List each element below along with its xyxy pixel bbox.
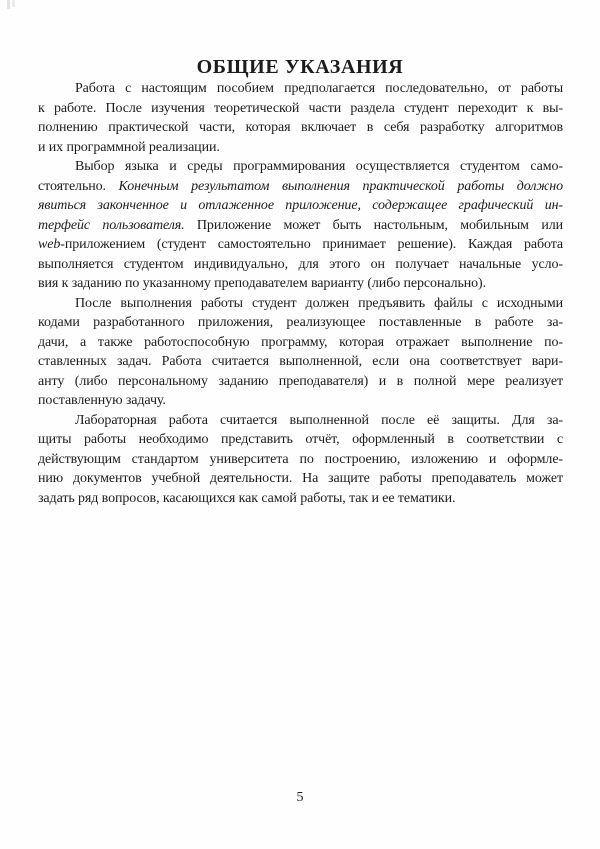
text-segment: Приложение может быть настольным, мобиль… xyxy=(185,218,563,233)
text-line: нию документов учебной деятельности. На … xyxy=(38,469,563,489)
text-line: поставленную задачу. xyxy=(38,391,563,411)
text-segment: Лабораторная работа считается выполненно… xyxy=(75,413,563,428)
text-segment: к работе. После изучения теоретической ч… xyxy=(38,101,563,116)
text-segment: задать ряд вопросов, касающихся как само… xyxy=(38,491,455,506)
scan-artifact-mark xyxy=(12,0,15,7)
page-number: 5 xyxy=(0,789,600,806)
text-segment: кодами разработанного приложения, реализ… xyxy=(38,315,563,330)
text-line: После выполнения работы студент должен п… xyxy=(38,294,563,314)
text-line: web-приложением (студент самостоятельно … xyxy=(38,235,563,255)
text-line: дачи, а также работоспособную программу,… xyxy=(38,333,563,353)
paragraph: Лабораторная работа считается выполненно… xyxy=(38,411,563,509)
text-segment: стоятельно. xyxy=(38,179,119,194)
text-line: Выбор языка и среды программирования осу… xyxy=(38,157,563,177)
text-line: Лабораторная работа считается выполненно… xyxy=(38,411,563,431)
paragraph: Выбор языка и среды программирования осу… xyxy=(38,157,563,294)
scan-artifact xyxy=(0,0,24,20)
text-segment: анту (либо персональному заданию препода… xyxy=(38,374,563,389)
text-line: вия к заданию по указанному преподавател… xyxy=(38,274,563,294)
text-line: к работе. После изучения теоретической ч… xyxy=(38,99,563,119)
document-body: Работа с настоящим пособием предполагает… xyxy=(38,79,563,508)
text-segment: и их программной реализации. xyxy=(38,140,220,155)
text-segment: нию документов учебной деятельности. На … xyxy=(38,471,563,486)
text-line: щиты работы необходимо представить отчёт… xyxy=(38,430,563,450)
text-line: терфейс пользователя. Приложение может б… xyxy=(38,216,563,236)
text-segment: поставленную задачу. xyxy=(38,393,166,408)
text-segment: -приложением (студент самостоятельно при… xyxy=(60,237,563,252)
text-segment: вия к заданию по указанному преподавател… xyxy=(38,276,486,291)
text-segment: ставленных задач. Работа считается выпол… xyxy=(38,354,563,369)
paragraph: Работа с настоящим пособием предполагает… xyxy=(38,79,563,157)
text-line: полнению практической части, которая вкл… xyxy=(38,118,563,138)
text-segment: После выполнения работы студент должен п… xyxy=(75,296,563,311)
paragraph: После выполнения работы студент должен п… xyxy=(38,294,563,411)
text-segment: щиты работы необходимо представить отчёт… xyxy=(38,432,563,447)
text-line: Работа с настоящим пособием предполагает… xyxy=(38,79,563,99)
italic-text-segment: явиться законченное и отлаженное приложе… xyxy=(38,198,563,213)
text-line: стоятельно. Конечным результатом выполне… xyxy=(38,177,563,197)
document-page: ОБЩИЕ УКАЗАНИЯ Работа с настоящим пособи… xyxy=(0,0,600,849)
text-segment: действующим стандартом университета по п… xyxy=(38,452,563,467)
italic-text-segment: web xyxy=(38,237,60,252)
text-line: задать ряд вопросов, касающихся как само… xyxy=(38,489,563,509)
italic-text-segment: терфейс пользователя. xyxy=(38,218,185,233)
text-segment: полнению практической части, которая вкл… xyxy=(38,120,563,135)
italic-text-segment: Конечным результатом выполнения практиче… xyxy=(119,179,563,194)
page-title: ОБЩИЕ УКАЗАНИЯ xyxy=(0,55,600,80)
text-line: кодами разработанного приложения, реализ… xyxy=(38,313,563,333)
text-line: явиться законченное и отлаженное приложе… xyxy=(38,196,563,216)
text-line: действующим стандартом университета по п… xyxy=(38,450,563,470)
scan-artifact-mark xyxy=(7,0,10,9)
text-line: ставленных задач. Работа считается выпол… xyxy=(38,352,563,372)
text-line: анту (либо персональному заданию препода… xyxy=(38,372,563,392)
text-segment: Работа с настоящим пособием предполагает… xyxy=(75,81,563,96)
text-segment: Выбор языка и среды программирования осу… xyxy=(75,159,563,174)
text-segment: дачи, а также работоспособную программу,… xyxy=(38,335,563,350)
text-segment: выполняется студентом индивидуально, для… xyxy=(38,257,563,272)
text-line: и их программной реализации. xyxy=(38,138,563,158)
text-line: выполняется студентом индивидуально, для… xyxy=(38,255,563,275)
